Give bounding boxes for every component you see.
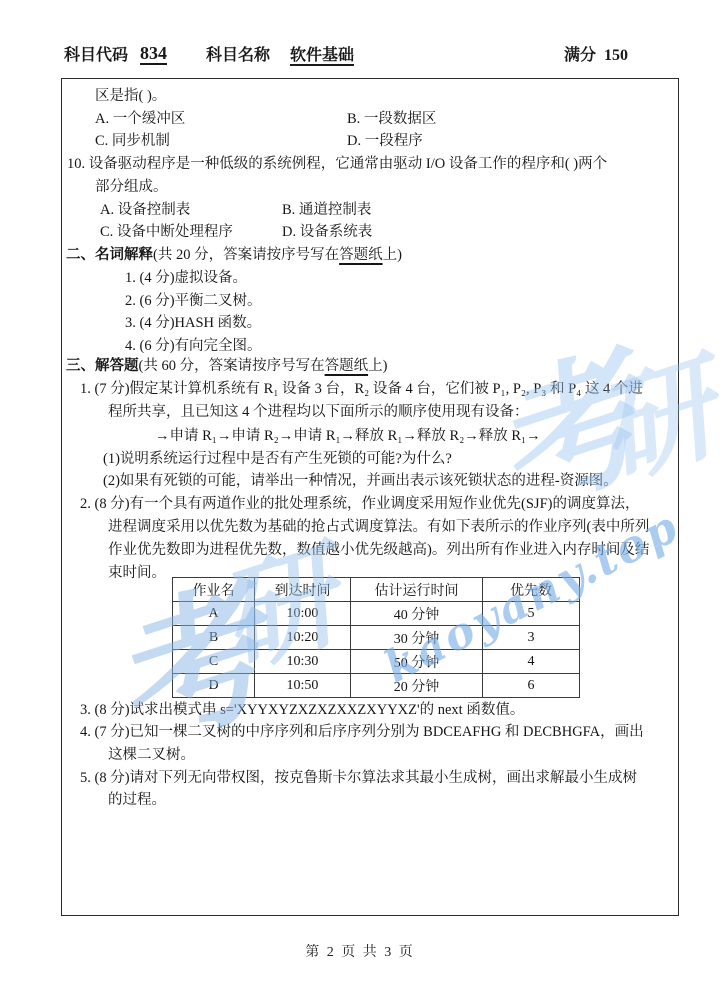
jobs-table: 作业名 到达时间 估计运行时间 优先数 A 10:00 40 分钟 5 B 10…	[172, 577, 580, 698]
solve-q2-line2: 进程调度采用以优先数为基础的抢占式调度算法。有如下表所示的作业序列(表中所列	[108, 518, 649, 536]
term-item-2: 2. (6 分)平衡二叉树。	[125, 292, 262, 310]
solve-q4-line2: 这棵二叉树。	[108, 746, 195, 764]
section-2-paren-close: 上)	[383, 247, 402, 263]
question-10-line2: 部分组成。	[95, 178, 168, 196]
solve-q1-line1: 1. (7 分)假定某计算机系统有 R₁ 设备 3 台，R₂ 设备 4 台，它们…	[80, 380, 643, 398]
solve-q2-line1: 2. (8 分)有一个具有两道作业的批处理系统，作业调度采用短作业优先(SJF)…	[80, 495, 639, 513]
section-3-title: 解答题	[95, 358, 139, 374]
solve-q5-line1: 5. (8 分)请对下列无向带权图，按克鲁斯卡尔算法求其最小生成树，画出求解最小…	[80, 769, 637, 787]
question-9-option-b: B. 一段数据区	[347, 110, 436, 128]
question-9-option-d: D. 一段程序	[347, 132, 423, 150]
table-row: B 10:20 30 分钟 3	[173, 626, 580, 650]
section-2-title: 名词解释	[95, 247, 153, 263]
solve-q1-line2: 程所共享，且已知这 4 个进程均以下面所示的顺序使用现有设备：	[108, 403, 529, 421]
question-9-stem: 区是指( )。	[95, 87, 166, 105]
table-row: A 10:00 40 分钟 5	[173, 602, 580, 626]
solve-q2-line4: 束时间。	[108, 564, 166, 582]
cell-job-name: C	[173, 650, 255, 674]
cell-job-name: D	[173, 674, 255, 698]
section-2-paren-open: (共 20 分，答案请按序号写在	[153, 247, 339, 263]
solve-q1-sequence: →申请 R₁→申请 R₂→申请 R₁→释放 R₁→释放 R₂→释放 R₁→	[155, 427, 541, 445]
cell-priority: 3	[483, 626, 580, 650]
cell-runtime: 20 分钟	[351, 674, 483, 698]
col-header-priority: 优先数	[483, 578, 580, 602]
cell-runtime: 30 分钟	[351, 626, 483, 650]
cell-job-name: A	[173, 602, 255, 626]
subject-code-label: 科目代码	[64, 46, 128, 65]
subject-code-value: 834	[140, 43, 167, 65]
cell-runtime: 40 分钟	[351, 602, 483, 626]
solve-q3-line1: 3. (8 分)试求出模式串 s='XYYXYZXZXZXXZXYYXZ'的 n…	[80, 701, 524, 719]
exam-page: 科目代码 834 科目名称 软件基础 满分 150 区是指( )。 A. 一个缓…	[0, 0, 720, 990]
subject-name-label: 科目名称	[206, 46, 270, 65]
table-row: C 10:30 50 分钟 4	[173, 650, 580, 674]
term-item-1: 1. (4 分)虚拟设备。	[125, 269, 247, 287]
solve-q4-line1: 4. (7 分)已知一棵二叉树的中序序列和后序序列分别为 BDCEAFHG 和 …	[80, 723, 644, 741]
section-3-heading: 三、解答题(共 60 分，答案请按序号写在答题纸上)	[66, 357, 387, 375]
cell-priority: 4	[483, 650, 580, 674]
table-header-row: 作业名 到达时间 估计运行时间 优先数	[173, 578, 580, 602]
question-9-option-a: A. 一个缓冲区	[95, 110, 185, 128]
question-10-line1: 10. 设备驱动程序是一种低级的系统例程，它通常由驱动 I/O 设备工作的程序和…	[67, 155, 607, 173]
question-9-option-c: C. 同步机制	[95, 132, 170, 150]
question-10-option-b: B. 通道控制表	[282, 201, 371, 219]
solve-q2-line3: 作业优先数即为进程优先数，数值越小优先级越高)。列出所有作业进入内存时间及结	[108, 541, 649, 559]
section-2-answer-sheet: 答题纸	[339, 247, 383, 263]
cell-arrival: 10:00	[255, 602, 351, 626]
solve-q5-line2: 的过程。	[108, 791, 166, 809]
question-10-option-d: D. 设备系统表	[282, 223, 372, 241]
section-3-paren-close: 上)	[368, 358, 387, 374]
full-score-label: 满分	[564, 46, 596, 65]
section-2-number: 二、	[66, 247, 95, 263]
page-number: 第 2 页 共 3 页	[0, 941, 720, 961]
section-3-paren-open: (共 60 分，答案请按序号写在	[139, 358, 325, 374]
col-header-job-name: 作业名	[173, 578, 255, 602]
section-2-heading: 二、名词解释(共 20 分，答案请按序号写在答题纸上)	[66, 246, 402, 264]
question-10-option-a: A. 设备控制表	[100, 201, 190, 219]
col-header-arrival: 到达时间	[255, 578, 351, 602]
full-score-value: 150	[604, 46, 628, 65]
section-3-answer-sheet: 答题纸	[325, 358, 369, 374]
cell-arrival: 10:20	[255, 626, 351, 650]
solve-q1-sub1: (1)说明系统运行过程中是否有产生死锁的可能?为什么?	[103, 450, 452, 468]
cell-arrival: 10:50	[255, 674, 351, 698]
cell-runtime: 50 分钟	[351, 650, 483, 674]
solve-q1-sub2: (2)如果有死锁的可能，请举出一种情况，并画出表示该死锁状态的进程-资源图。	[103, 472, 618, 490]
cell-arrival: 10:30	[255, 650, 351, 674]
question-10-option-c: C. 设备中断处理程序	[100, 223, 233, 241]
cell-job-name: B	[173, 626, 255, 650]
term-item-4: 4. (6 分)有向完全图。	[125, 337, 262, 355]
cell-priority: 5	[483, 602, 580, 626]
section-3-number: 三、	[66, 358, 95, 374]
term-item-3: 3. (4 分)HASH 函数。	[125, 314, 261, 332]
cell-priority: 6	[483, 674, 580, 698]
col-header-runtime: 估计运行时间	[351, 578, 483, 602]
table-row: D 10:50 20 分钟 6	[173, 674, 580, 698]
subject-name-value: 软件基础	[290, 46, 354, 65]
